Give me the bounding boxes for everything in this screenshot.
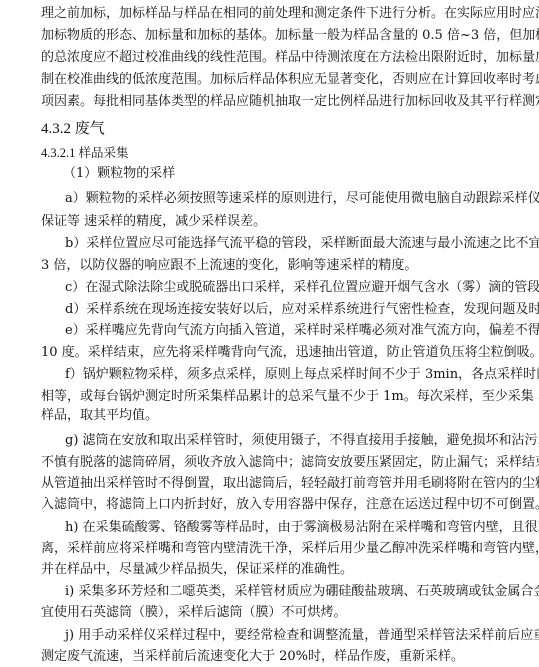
item-c-line-1: c）在湿式除法除尘或脱硫器出口采样，采样孔位置应避开烟气含水（雾）滴的管段。: [65, 280, 499, 296]
item-h-line-2: 离，采样前应将采样嘴和弯管内壁清洗干净，采样后用少量乙醇冲洗采样嘴和弯管内壁，合: [41, 541, 499, 557]
section-heading: 4.3.2 废气: [41, 120, 105, 138]
item-a-line-2: 保证等 速采样的精度，减少采样误差。: [41, 214, 499, 230]
item-e-line-2: 10 度。采样结束，应先将采样嘴背向气流，迅速抽出管道，防止管道负压将尘粒倒吸。: [41, 345, 499, 361]
item-a-line-1: a）颗粒物的采样必须按照等速采样的原则进行，尽可能使用微电脑自动跟踪采样仪，以: [65, 191, 499, 207]
item-b-line-2: 3 倍，以防仪器的响应跟不上流速的变化，影响等速采样的精度。: [41, 258, 499, 274]
intro-line-2: 加标物质的形态、加标量和加标的基体。加标量一般为样品含量的 0.5 倍~3 倍，…: [41, 28, 499, 44]
subsection-heading: 4.3.2.1 样品采集: [41, 145, 129, 161]
item-g-line-3: 从管道抽出采样管时不得倒置，取出滤筒后，轻轻敲打前弯管并用毛刷将附在管内的尘粒刷: [41, 476, 499, 492]
item-j-line-2: 测定废气流速，当采样前后流速变化大于 20%时，样品作废，重新采样。: [41, 649, 499, 665]
item-h-line-1: h) 在采集硫酸雾、铬酸雾等样品时，由于雾滴极易沾附在采样嘴和弯管内壁，且很难脱: [65, 520, 499, 536]
item-f-line-2: 相等，或每台锅炉测定时所采集样品累计的总采气量不少于 1m。每次采样，至少采集 …: [41, 389, 499, 405]
item-h-line-3: 并在样品中，尽量减少样品损失，保证采样的准确性。: [41, 562, 499, 578]
item-g-line-2: 不慎有脱落的滤筒碎屑，须收齐放入滤筒中；滤筒安放要压紧固定，防止漏气；采样结束，: [41, 455, 499, 471]
item-f-line-3: 样品，取其平均值。: [41, 408, 499, 424]
item-j-line-1: j) 用手动采样仪采样过程中，要经常检查和调整流量，普通型采样管法采样前后应重复: [65, 628, 499, 644]
item-g-line-4: 入滤筒中，将滤筒上口内折封好，放入专用容器中保存，注意在运送过程中切不可倒置。: [41, 497, 499, 513]
intro-line-5: 项因素。每批相同基体类型的样品应随机抽取一定比例样品进行加标回收及其平行样测定。: [41, 94, 499, 110]
intro-line-4: 制在校准曲线的低浓度范围。加标后样品体积应无显著变化，否则应在计算回收率时考虑该: [41, 72, 499, 88]
intro-line-1: 理之前加标，加标样品与样品在相同的前处理和测定条件下进行分析。在实际应用时应注意: [41, 6, 499, 22]
item-heading: （1）颗粒物的采样: [63, 166, 263, 182]
item-g-line-1: g) 滤筒在安放和取出采样管时，须使用镊子，不得直接用手接触，避免损坏和沾污，若: [65, 433, 499, 449]
item-i-line-1: i) 采集多环芳烃和二噁英类，采样管材质应为硼硅酸盐玻璃、石英玻璃或钛金属合金，: [65, 584, 499, 600]
item-f-line-1: f）锅炉颗粒物采样，须多点采样，原则上每点采样时间不少于 3min，各点采样时间…: [65, 367, 499, 383]
document-page: 理之前加标，加标样品与样品在相同的前处理和测定条件下进行分析。在实际应用时应注意…: [0, 0, 539, 667]
item-d-line-1: d）采样系统在现场连接安装好以后，应对采样系统进行气密性检查，发现问题及时解决。: [65, 302, 499, 318]
item-e-line-1: e）采样嘴应先背向气流方向插入管道，采样时采样嘴必须对准气流方向，偏差不得超过: [65, 323, 499, 339]
item-b-line-1: b）采样位置应尽可能选择气流平稳的管段，采样断面最大流速与最小流速之比不宜大于: [65, 236, 499, 252]
item-i-line-2: 宜使用石英滤筒（膜），采样后滤筒（膜）不可烘烤。: [41, 605, 499, 621]
intro-line-3: 的总浓度应不超过校准曲线的线性范围。样品中待测浓度在方法检出限附近时，加标量应控: [41, 50, 499, 66]
